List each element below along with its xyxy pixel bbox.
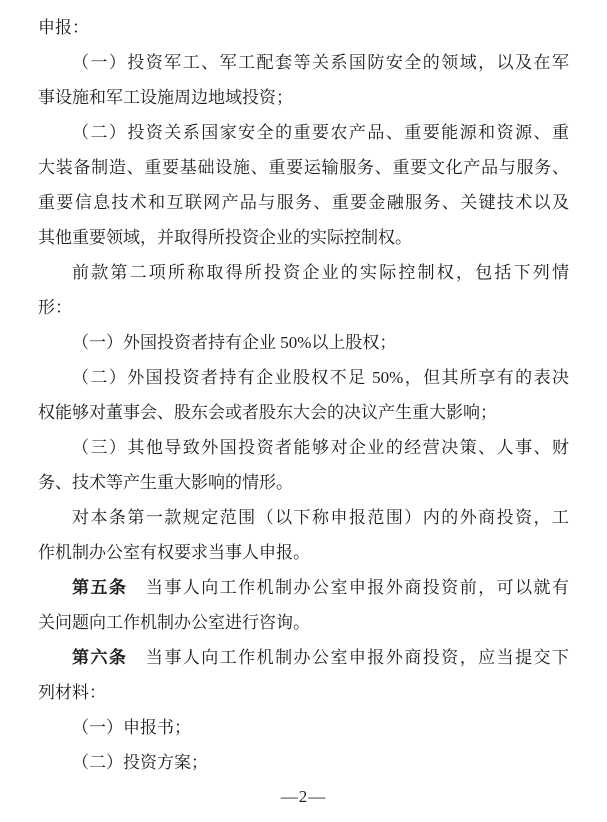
paragraph-control-item-1: （一）外国投资者持有企业 50%以上股权； <box>38 325 569 360</box>
text-segment: （一）申报书； <box>72 718 191 737</box>
text-segment: 事设施和军工设施周边地域投资； <box>38 88 293 107</box>
text-line: （一）申报书； <box>38 710 569 745</box>
text-segment: （二）投资关系国家安全的重要农产品、重要能源和资源、重 <box>72 123 569 142</box>
text-line: 关问题向工作机制办公室进行咨询。 <box>38 605 569 640</box>
paragraph-item-1-military: （一）投资军工、军工配套等关系国防安全的领域，以及在军事设施和军工设施周边地域投… <box>38 45 569 115</box>
text-line: 形： <box>38 290 569 325</box>
text-line: 对本条第一款规定范围（以下称申报范围）内的外商投资，工 <box>38 500 569 535</box>
text-line: 申报： <box>38 10 569 45</box>
text-segment: 列材料： <box>38 683 106 702</box>
text-segment: 关问题向工作机制办公室进行咨询。 <box>38 613 310 632</box>
text-line: 其他重要领域，并取得所投资企业的实际控制权。 <box>38 220 569 255</box>
text-line: 第五条 当事人向工作机制办公室申报外商投资前，可以就有 <box>38 570 569 605</box>
text-line: 大装备制造、重要基础设施、重要运输服务、重要文化产品与服务、 <box>38 150 569 185</box>
text-segment: 大装备制造、重要基础设施、重要运输服务、重要文化产品与服务、 <box>38 158 569 177</box>
text-segment: 当事人向工作机制办公室申报外商投资，应当提交下 <box>127 648 569 667</box>
text-segment: 前款第二项所称取得所投资企业的实际控制权，包括下列情 <box>72 263 569 282</box>
text-line: （二）投资方案； <box>38 745 569 780</box>
text-segment: 权能够对董事会、股东会或者股东大会的决议产生重大影响； <box>38 403 497 422</box>
text-line: 事设施和军工设施周边地域投资； <box>38 80 569 115</box>
text-line: 前款第二项所称取得所投资企业的实际控制权，包括下列情 <box>38 255 569 290</box>
text-line: 作机制办公室有权要求当事人申报。 <box>38 535 569 570</box>
text-line: 权能够对董事会、股东会或者股东大会的决议产生重大影响； <box>38 395 569 430</box>
paragraph-control-item-2: （二）外国投资者持有企业股权不足 50%，但其所享有的表决权能够对董事会、股东会… <box>38 360 569 430</box>
text-segment: （二）外国投资者持有企业股权不足 50%，但其所享有的表决 <box>72 368 569 387</box>
document-page: 申报：（一）投资军工、军工配套等关系国防安全的领域，以及在军事设施和军工设施周边… <box>0 0 607 822</box>
article-number-label: 第六条 <box>72 648 127 667</box>
text-line: （二）投资关系国家安全的重要农产品、重要能源和资源、重 <box>38 115 569 150</box>
text-line: （一）外国投资者持有企业 50%以上股权； <box>38 325 569 360</box>
text-line: 务、技术等产生重大影响的情形。 <box>38 465 569 500</box>
text-segment: 形： <box>38 298 72 317</box>
text-line: （二）外国投资者持有企业股权不足 50%，但其所享有的表决 <box>38 360 569 395</box>
text-segment: 当事人向工作机制办公室申报外商投资前，可以就有 <box>127 578 569 597</box>
page-footer: —2— <box>0 782 607 812</box>
text-line: （三）其他导致外国投资者能够对企业的经营决策、人事、财 <box>38 430 569 465</box>
paragraph-article-6: 第六条 当事人向工作机制办公室申报外商投资，应当提交下列材料： <box>38 640 569 710</box>
text-line: （一）投资军工、军工配套等关系国防安全的领域，以及在军 <box>38 45 569 80</box>
paragraph-continuation-shenbao: 申报： <box>38 10 569 45</box>
paragraph-actual-control-definition: 前款第二项所称取得所投资企业的实际控制权，包括下列情形： <box>38 255 569 325</box>
text-segment: （二）投资方案； <box>72 753 208 772</box>
text-segment: 作机制办公室有权要求当事人申报。 <box>38 543 310 562</box>
text-segment: （一）投资军工、军工配套等关系国防安全的领域，以及在军 <box>72 53 569 72</box>
paragraph-declaration-scope: 对本条第一款规定范围（以下称申报范围）内的外商投资，工作机制办公室有权要求当事人… <box>38 500 569 570</box>
article-number-label: 第五条 <box>72 578 127 597</box>
text-segment: （三）其他导致外国投资者能够对企业的经营决策、人事、财 <box>72 438 569 457</box>
text-segment: （一）外国投资者持有企业 50%以上股权； <box>72 333 396 352</box>
paragraph-control-item-3: （三）其他导致外国投资者能够对企业的经营决策、人事、财务、技术等产生重大影响的情… <box>38 430 569 500</box>
text-segment: 重要信息技术和互联网产品与服务、重要金融服务、关键技术以及 <box>38 193 569 212</box>
paragraph-material-2: （二）投资方案； <box>38 745 569 780</box>
paragraph-article-5: 第五条 当事人向工作机制办公室申报外商投资前，可以就有关问题向工作机制办公室进行… <box>38 570 569 640</box>
text-segment: 务、技术等产生重大影响的情形。 <box>38 473 293 492</box>
text-line: 第六条 当事人向工作机制办公室申报外商投资，应当提交下 <box>38 640 569 675</box>
document-body: 申报：（一）投资军工、军工配套等关系国防安全的领域，以及在军事设施和军工设施周边… <box>38 10 569 780</box>
text-line: 列材料： <box>38 675 569 710</box>
text-segment: 申报： <box>38 18 89 37</box>
page-number: —2— <box>281 787 327 806</box>
text-segment: 其他重要领域，并取得所投资企业的实际控制权。 <box>38 228 412 247</box>
paragraph-item-2-national-security: （二）投资关系国家安全的重要农产品、重要能源和资源、重大装备制造、重要基础设施、… <box>38 115 569 255</box>
text-segment: 对本条第一款规定范围（以下称申报范围）内的外商投资，工 <box>72 508 569 527</box>
text-line: 重要信息技术和互联网产品与服务、重要金融服务、关键技术以及 <box>38 185 569 220</box>
paragraph-material-1: （一）申报书； <box>38 710 569 745</box>
